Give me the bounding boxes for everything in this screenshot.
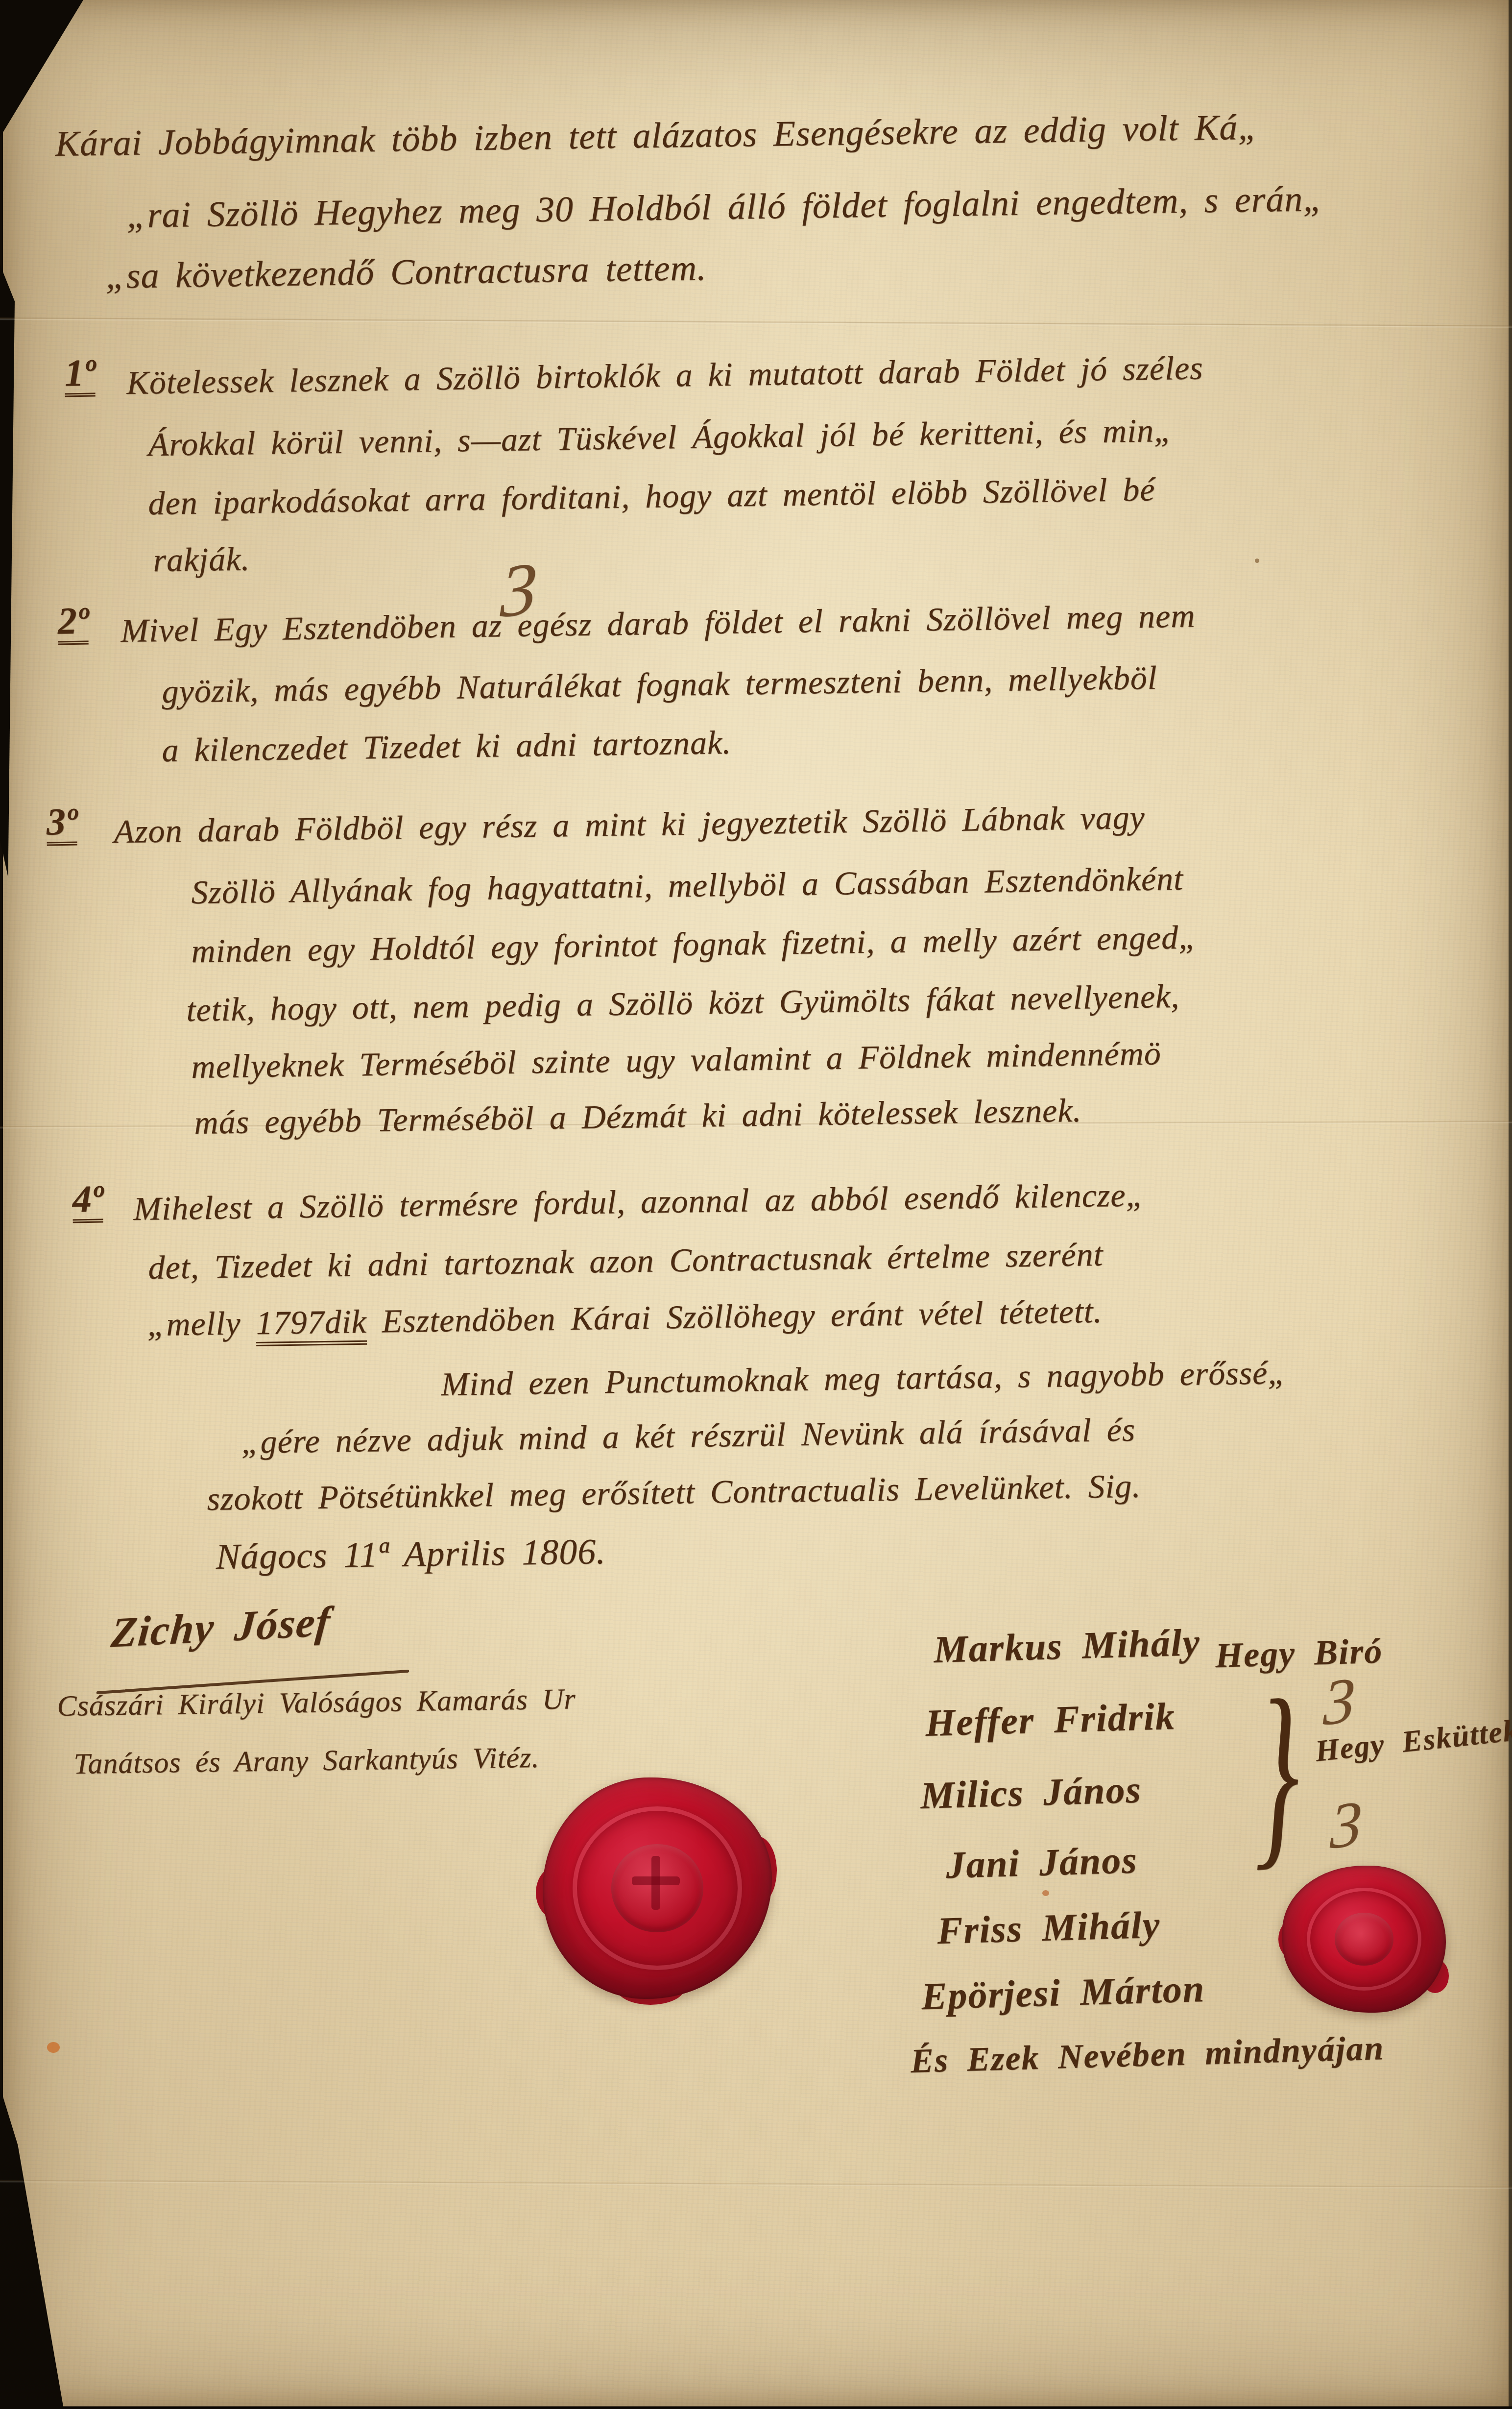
signature-title: Tanátsos és Arany Sarkantyús Vitéz. xyxy=(73,1741,540,1781)
paper-fleck xyxy=(1042,1890,1049,1896)
signature-markus-role: Hegy Biró xyxy=(1215,1630,1383,1676)
ink-flourish: 3 xyxy=(1322,1662,1357,1741)
signature-milics: Milics János xyxy=(920,1767,1142,1818)
signature-title: Császári Királyi Valóságos Kamarás Ur xyxy=(57,1682,576,1723)
left-wax-seal xyxy=(543,1777,772,1999)
article-2-marker: 2º xyxy=(57,601,89,645)
signature-heffer: Heffer Fridrik xyxy=(925,1694,1176,1745)
paper-fleck xyxy=(1255,559,1259,563)
ink-flourish: 3 xyxy=(1329,1785,1364,1864)
scan-edge-right-strip xyxy=(1509,0,1512,2409)
scan-edge-bottom-strip xyxy=(0,2406,1512,2409)
article-2-line: a kilenczedet Tizedet ki adni tartoznak. xyxy=(162,723,732,770)
signature-eperjesi: Epörjesi Márton xyxy=(921,1967,1205,2019)
signature-markus: Markus Mihály xyxy=(933,1620,1201,1672)
ink-flourish: 3 xyxy=(499,545,538,635)
opening-line: „sa következendő Contractusra tettem. xyxy=(105,247,707,297)
article-1-line: rakják. xyxy=(153,539,250,580)
year-line-prefix: „melly xyxy=(147,1304,256,1343)
dateline: Nágocs 11ª Aprilis 1806. xyxy=(216,1531,606,1578)
document-page: Kárai Jobbágyimnak több izben tett aláza… xyxy=(0,0,1512,2409)
seal-cross-horizontal xyxy=(632,1876,680,1885)
signers-brace: } xyxy=(1252,1688,1300,1856)
article-1-marker: 1º xyxy=(64,353,96,397)
signature-jani: Jani János xyxy=(945,1838,1138,1887)
article-4-marker: 4º xyxy=(72,1179,103,1223)
signature-friss: Friss Mihály xyxy=(936,1902,1161,1953)
article-3-marker: 3º xyxy=(46,802,77,846)
paper-fleck xyxy=(47,2042,60,2053)
seal-crest-area xyxy=(1335,1913,1393,1966)
right-wax-seal xyxy=(1282,1866,1446,2013)
year-1797: 1797dik xyxy=(256,1303,367,1346)
